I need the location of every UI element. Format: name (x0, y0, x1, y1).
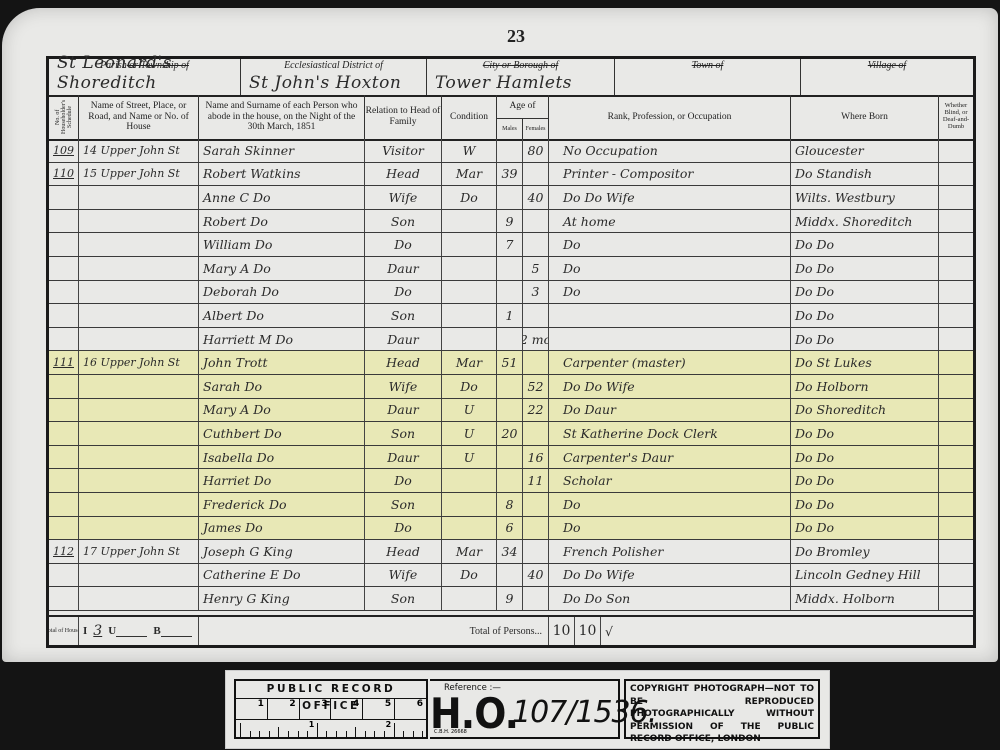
cell-born: Do Do (791, 257, 939, 280)
cell-schedule: 111 (49, 351, 79, 374)
cell-age-m: 6 (497, 517, 523, 540)
scale-ruler: PUBLIC RECORD OFFICE 123456 12 (234, 679, 428, 739)
cell-street (79, 469, 199, 492)
cell-blind (939, 399, 973, 422)
cell-name: Catherine E Do (199, 564, 365, 587)
cell-born: Do Shoreditch (791, 399, 939, 422)
cell-born: Do Do (791, 422, 939, 445)
cell-street (79, 210, 199, 233)
cell-blind (939, 139, 973, 162)
cell-age-m: 7 (497, 233, 523, 256)
cell-schedule: 109 (49, 139, 79, 162)
cell-age-m: 20 (497, 422, 523, 445)
cell-born: Do Do (791, 233, 939, 256)
cell-blind (939, 540, 973, 563)
inhabited-count: 3 (87, 623, 108, 639)
cell-condition: Do (442, 564, 497, 587)
cell-age-f (523, 540, 549, 563)
cell-born: Do Do (791, 517, 939, 540)
cell-age-f: 52 (523, 375, 549, 398)
location-label: Town of (615, 60, 800, 71)
cell-name: Anne C Do (199, 186, 365, 209)
cell-relation: Son (365, 304, 442, 327)
table-row: Henry G KingSon9Do Do SonMiddx. Holborn (49, 587, 973, 611)
header-street: Name of Street, Place, or Road, and Name… (79, 95, 199, 139)
cell-street: 16 Upper John St (79, 351, 199, 374)
cell-relation: Son (365, 422, 442, 445)
cell-blind (939, 469, 973, 492)
cell-schedule (49, 517, 79, 540)
location-label: City or Borough of (427, 60, 614, 71)
cell-schedule (49, 493, 79, 516)
cell-age-m: 8 (497, 493, 523, 516)
cell-age-f: 80 (523, 139, 549, 162)
table-row: Isabella DoDaurU16Carpenter's DaurDo Do (49, 446, 973, 470)
location-value: St Leonard's Shoreditch (57, 53, 240, 93)
cell-condition (442, 517, 497, 540)
cell-age-m (497, 469, 523, 492)
cell-name: Harriett M Do (199, 328, 365, 351)
cm-tick: 5 (363, 699, 395, 719)
cell-occupation: French Polisher (549, 540, 791, 563)
header-occupation: Rank, Profession, or Occupation (549, 95, 791, 139)
cell-relation: Visitor (365, 139, 442, 162)
cell-age-m (497, 399, 523, 422)
cell-born: Do Holborn (791, 375, 939, 398)
cell-condition (442, 233, 497, 256)
cm-tick: 1 (236, 699, 268, 719)
cell-age-f: 3 (523, 281, 549, 304)
cell-age-m: 9 (497, 587, 523, 610)
copyright-notice: COPYRIGHT PHOTOGRAPH—NOT TO BE REPRODUCE… (624, 679, 820, 739)
cell-occupation: Do Do Wife (549, 186, 791, 209)
cell-age-m (497, 257, 523, 280)
cell-blind (939, 163, 973, 186)
cell-name: Harriet Do (199, 469, 365, 492)
cell-relation: Daur (365, 328, 442, 351)
table-row: Deborah DoDo3DoDo Do (49, 281, 973, 305)
cell-street (79, 304, 199, 327)
cell-name: Robert Do (199, 210, 365, 233)
inch-scale: 12 (236, 720, 426, 739)
cell-born: Middx. Shoreditch (791, 210, 939, 233)
cell-name: Sarah Do (199, 375, 365, 398)
cell-age-m (497, 446, 523, 469)
office-title: PUBLIC RECORD OFFICE (236, 681, 426, 699)
cell-schedule (49, 422, 79, 445)
cm-tick: 6 (395, 699, 426, 719)
header-born: Where Born (791, 95, 939, 139)
cell-age-m: 9 (497, 210, 523, 233)
cell-age-f: 40 (523, 186, 549, 209)
totals-row: Total of Houses I 3 U B Total of Persons… (49, 615, 973, 645)
cell-schedule (49, 446, 79, 469)
cell-name: Sarah Skinner (199, 139, 365, 162)
cell-schedule (49, 399, 79, 422)
cell-street: 14 Upper John St (79, 139, 199, 162)
table-row: Frederick DoSon8DoDo Do (49, 493, 973, 517)
total-check: √ (601, 617, 973, 645)
cell-blind (939, 517, 973, 540)
table-row: James DoDo6DoDo Do (49, 517, 973, 541)
inch-tick-label: 1 (309, 720, 315, 729)
total-houses-label: Total of Houses (49, 617, 79, 645)
cell-relation: Do (365, 233, 442, 256)
cell-relation: Daur (365, 399, 442, 422)
cell-age-m (497, 139, 523, 162)
location-label: Village of (801, 60, 973, 71)
cell-relation: Daur (365, 257, 442, 280)
table-row: 11217 Upper John StJoseph G KingHeadMar3… (49, 540, 973, 564)
cell-born: Do St Lukes (791, 351, 939, 374)
cell-born: Do Standish (791, 163, 939, 186)
cell-occupation: Do Do Wife (549, 375, 791, 398)
header-age: Age ofMalesFemales (497, 95, 549, 139)
header-blind: Whether Blind, or Deaf-and-Dumb (939, 95, 973, 139)
cell-age-f (523, 304, 549, 327)
cell-condition: U (442, 422, 497, 445)
cell-condition: W (442, 139, 497, 162)
cell-occupation: Scholar (549, 469, 791, 492)
cell-occupation: St Katherine Dock Clerk (549, 422, 791, 445)
cell-born: Do Do (791, 328, 939, 351)
page-number: 23 (507, 26, 525, 47)
cell-schedule (49, 233, 79, 256)
cell-relation: Daur (365, 446, 442, 469)
cell-name: James Do (199, 517, 365, 540)
table-row: Robert DoSon9At homeMiddx. Shoreditch (49, 210, 973, 234)
cell-condition: U (442, 399, 497, 422)
cell-occupation (549, 304, 791, 327)
cell-schedule (49, 469, 79, 492)
location-cell-3: Town of (615, 59, 801, 95)
cell-occupation: Do Do Wife (549, 564, 791, 587)
cell-age-f (523, 587, 549, 610)
cell-condition: Mar (442, 540, 497, 563)
cell-blind (939, 328, 973, 351)
cell-condition (442, 281, 497, 304)
cell-occupation: Carpenter's Daur (549, 446, 791, 469)
cell-schedule: 110 (49, 163, 79, 186)
cell-age-m: 39 (497, 163, 523, 186)
building-label: B (153, 625, 160, 637)
cell-street (79, 281, 199, 304)
cell-age-f (523, 493, 549, 516)
cell-street (79, 493, 199, 516)
location-value: Tower Hamlets (435, 73, 572, 93)
cell-street (79, 328, 199, 351)
cell-name: Mary A Do (199, 399, 365, 422)
total-males: 10 (549, 617, 575, 645)
cell-age-f: 2 mo (523, 328, 549, 351)
cell-age-f: 5 (523, 257, 549, 280)
cell-occupation: Do (549, 233, 791, 256)
header-age-females: Females (523, 119, 548, 139)
cell-schedule (49, 281, 79, 304)
total-females: 10 (575, 617, 601, 645)
cell-age-m: 34 (497, 540, 523, 563)
cell-age-f (523, 351, 549, 374)
cell-age-m (497, 328, 523, 351)
cell-street (79, 422, 199, 445)
cell-name: John Trott (199, 351, 365, 374)
cell-age-f: 16 (523, 446, 549, 469)
cell-schedule (49, 328, 79, 351)
cell-blind (939, 375, 973, 398)
cm-tick: 2 (268, 699, 300, 719)
cm-tick: 3 (300, 699, 332, 719)
cell-schedule (49, 564, 79, 587)
cell-born: Do Do (791, 304, 939, 327)
houses-count: I 3 U B (79, 617, 199, 645)
location-label: Ecclesiastical District of (241, 60, 426, 71)
cell-street (79, 446, 199, 469)
cell-name: William Do (199, 233, 365, 256)
cell-schedule (49, 210, 79, 233)
cell-age-m (497, 281, 523, 304)
cell-born: Do Do (791, 493, 939, 516)
location-cell-1: Ecclesiastical District ofSt John's Hoxt… (241, 59, 427, 95)
cell-relation: Wife (365, 186, 442, 209)
cell-relation: Do (365, 469, 442, 492)
cell-condition: Mar (442, 163, 497, 186)
cell-name: Cuthbert Do (199, 422, 365, 445)
total-persons-label: Total of Persons... (199, 617, 549, 645)
cell-blind (939, 304, 973, 327)
cell-name: Isabella Do (199, 446, 365, 469)
cell-street (79, 233, 199, 256)
census-rows: 10914 Upper John StSarah SkinnerVisitorW… (49, 139, 973, 611)
cell-schedule: 112 (49, 540, 79, 563)
cell-schedule (49, 257, 79, 280)
cell-schedule (49, 587, 79, 610)
cell-born: Gloucester (791, 139, 939, 162)
cell-blind (939, 257, 973, 280)
cell-condition: U (442, 446, 497, 469)
cell-street (79, 186, 199, 209)
cell-born: Do Do (791, 469, 939, 492)
cell-street (79, 587, 199, 610)
cell-blind (939, 233, 973, 256)
cell-name: Robert Watkins (199, 163, 365, 186)
cell-relation: Wife (365, 375, 442, 398)
cell-age-f (523, 210, 549, 233)
cell-age-m (497, 375, 523, 398)
header-name: Name and Surname of each Person who abod… (199, 95, 365, 139)
cell-age-f (523, 517, 549, 540)
cell-schedule (49, 375, 79, 398)
cell-relation: Son (365, 587, 442, 610)
cell-condition (442, 328, 497, 351)
reference-cbh: C.B.H. 26668 (434, 729, 467, 735)
header-schedule: No. of Householder's Schedule (49, 95, 79, 139)
cell-occupation (549, 328, 791, 351)
cell-condition (442, 210, 497, 233)
cell-age-f: 22 (523, 399, 549, 422)
cell-age-m: 1 (497, 304, 523, 327)
location-cell-4: Village of (801, 59, 973, 95)
cell-street (79, 257, 199, 280)
cell-blind (939, 186, 973, 209)
cell-blind (939, 351, 973, 374)
header-relation: Relation to Head of Family (365, 95, 442, 139)
column-headers: No. of Householder's ScheduleName of Str… (49, 95, 973, 141)
table-row: Harriett M DoDaur2 moDo Do (49, 328, 973, 352)
cell-relation: Head (365, 540, 442, 563)
cell-age-f (523, 233, 549, 256)
cell-condition (442, 587, 497, 610)
location-cell-0: Parish or Township ofSt Leonard's Shored… (49, 59, 241, 95)
cell-name: Henry G King (199, 587, 365, 610)
cell-schedule (49, 186, 79, 209)
census-form: Parish or Township ofSt Leonard's Shored… (46, 56, 976, 648)
table-row: Cuthbert DoSonU20St Katherine Dock Clerk… (49, 422, 973, 446)
table-row: Catherine E DoWifeDo40Do Do WifeLincoln … (49, 564, 973, 588)
cell-name: Frederick Do (199, 493, 365, 516)
cell-blind (939, 587, 973, 610)
table-row: 11116 Upper John StJohn TrottHeadMar51Ca… (49, 351, 973, 375)
cell-age-m (497, 564, 523, 587)
cell-condition (442, 493, 497, 516)
cell-occupation: Do Do Son (549, 587, 791, 610)
cell-age-f (523, 163, 549, 186)
cell-street (79, 375, 199, 398)
cell-schedule (49, 304, 79, 327)
cell-blind (939, 281, 973, 304)
cell-occupation: Do (549, 281, 791, 304)
cell-relation: Do (365, 281, 442, 304)
cell-condition: Do (442, 375, 497, 398)
table-row: Mary A DoDaurU22Do DaurDo Shoreditch (49, 399, 973, 423)
inch-tick-label: 2 (386, 720, 392, 729)
table-row: Harriet DoDo11ScholarDo Do (49, 469, 973, 493)
cell-street (79, 399, 199, 422)
cell-relation: Son (365, 493, 442, 516)
cell-condition (442, 257, 497, 280)
location-header: Parish or Township ofSt Leonard's Shored… (49, 59, 973, 97)
location-cell-2: City or Borough ofTower Hamlets (427, 59, 615, 95)
cell-name: Deborah Do (199, 281, 365, 304)
cell-relation: Son (365, 210, 442, 233)
cell-occupation: No Occupation (549, 139, 791, 162)
cell-name: Joseph G King (199, 540, 365, 563)
table-row: Sarah DoWifeDo52Do Do WifeDo Holborn (49, 375, 973, 399)
table-row: Mary A DoDaur5DoDo Do (49, 257, 973, 281)
cell-blind (939, 564, 973, 587)
cell-born: Wilts. Westbury (791, 186, 939, 209)
header-condition: Condition (442, 95, 497, 139)
cell-born: Do Do (791, 446, 939, 469)
cell-street: 15 Upper John St (79, 163, 199, 186)
cell-blind (939, 210, 973, 233)
cell-age-f: 11 (523, 469, 549, 492)
cell-age-f (523, 422, 549, 445)
table-row: William DoDo7DoDo Do (49, 233, 973, 257)
cell-age-m: 51 (497, 351, 523, 374)
cell-blind (939, 422, 973, 445)
cell-born: Lincoln Gedney Hill (791, 564, 939, 587)
cell-age-m (497, 186, 523, 209)
cell-blind (939, 493, 973, 516)
cell-condition: Do (442, 186, 497, 209)
cell-name: Albert Do (199, 304, 365, 327)
cell-born: Do Bromley (791, 540, 939, 563)
cell-age-f: 40 (523, 564, 549, 587)
cell-street (79, 564, 199, 587)
cm-scale: 123456 (236, 699, 426, 720)
cell-occupation: Do Daur (549, 399, 791, 422)
location-value: St John's Hoxton (249, 73, 401, 93)
header-age-males: Males (497, 119, 523, 139)
cell-occupation: Carpenter (master) (549, 351, 791, 374)
table-row: 11015 Upper John StRobert WatkinsHeadMar… (49, 163, 973, 187)
cell-relation: Do (365, 517, 442, 540)
cell-relation: Head (365, 351, 442, 374)
cell-born: Do Do (791, 281, 939, 304)
cell-occupation: Printer - Compositor (549, 163, 791, 186)
cell-blind (939, 446, 973, 469)
table-row: Anne C DoWifeDo40Do Do WifeWilts. Westbu… (49, 186, 973, 210)
cell-occupation: Do (549, 517, 791, 540)
table-row: Albert DoSon1Do Do (49, 304, 973, 328)
cell-relation: Head (365, 163, 442, 186)
cell-street: 17 Upper John St (79, 540, 199, 563)
cell-occupation: Do (549, 493, 791, 516)
uninhabited-label: U (108, 625, 116, 637)
cell-condition: Mar (442, 351, 497, 374)
cm-tick: 4 (331, 699, 363, 719)
cell-name: Mary A Do (199, 257, 365, 280)
reference-box: Reference :— H.O. 107/1536. C.B.H. 26668 (430, 679, 620, 739)
cell-occupation: Do (549, 257, 791, 280)
cell-street (79, 517, 199, 540)
record-office-ticket: PUBLIC RECORD OFFICE 123456 12 Reference… (225, 670, 830, 749)
cell-condition (442, 469, 497, 492)
cell-relation: Wife (365, 564, 442, 587)
table-row: 10914 Upper John StSarah SkinnerVisitorW… (49, 139, 973, 163)
census-page: 23 Parish or Township ofSt Leonard's Sho… (2, 8, 998, 662)
cell-condition (442, 304, 497, 327)
cell-occupation: At home (549, 210, 791, 233)
cell-born: Middx. Holborn (791, 587, 939, 610)
